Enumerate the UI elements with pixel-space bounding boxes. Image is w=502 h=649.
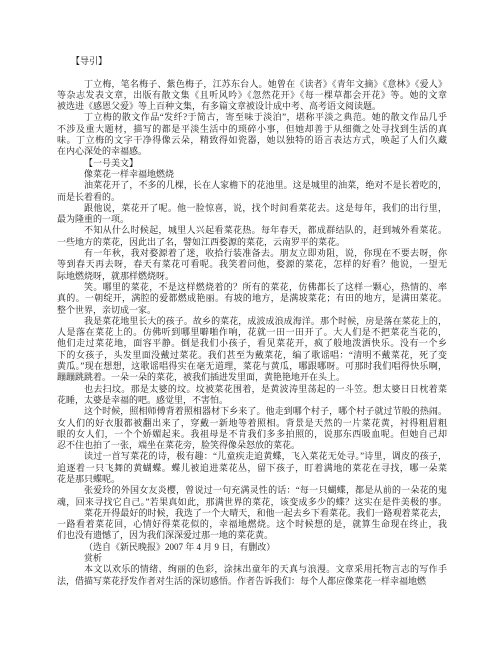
- text-line: 味。丁立梅的文字干净得像云朵，精致得如瓷器，她以独特的语言表达方式，唤起了人们久…: [57, 135, 447, 146]
- text-line: （选自《新民晚报》2007 年 4 月 9 日，有删改）: [57, 542, 447, 553]
- text-line: 等杂志发表文章，出版有散文集《且听风吟》《忽然花开》《每一棵草都会开花》等。她的…: [57, 90, 447, 101]
- text-line: 际地燃烧呀，就那样燃烧呀。: [57, 271, 447, 282]
- text-line: 蹦蹦跳跳着。一朵一朵的菜花，被我们插进发里面，黄艳艳地开在头上。: [57, 372, 447, 383]
- text-line: 油菜花开了，不多的几棵，长在人家檐下的花池里。这是城里的油菜，绝对不是长着吃的，: [57, 180, 447, 191]
- text-line: 丁立梅，笔名梅子、紫色梅子，江苏东台人。她曾在《读者》《青年文摘》《意林》《爱人…: [57, 79, 447, 90]
- text-line: 真的。一朝绽开，满腔的爱都燃成艳丽。有坡的地方，是满坡菜花；有田的地方，是满田菜…: [57, 293, 447, 304]
- text-line: 魂，回来寻找它自己。”若果真如此，那满世界的菜花，该变成多少的蝶？这实在是件美极…: [57, 497, 447, 508]
- text-line: 【导引】: [57, 56, 447, 67]
- text-line: 整个世界，亲切成一家。: [57, 305, 447, 316]
- text-line: 下的女孩子，头发里面没戴过菜花。我们甚至为戴菜花，编了歌谣唱：“清明不戴菜花，死…: [57, 350, 447, 361]
- text-line: 黄瓜。”现在想想，这歌谣唱得实在毫无道理，菜花与黄瓜，哪跟哪呀。可那时我们唱得快…: [57, 361, 447, 372]
- text-line: 他们走过菜花地，面容平静。倒是我们小孩子，看见菜花开，疯了般地泼洒快乐。没有一个…: [57, 338, 447, 349]
- text-line: 眼的女人们，一个个娇媚起来。我祖母是不肯我们多多拍照的，说那东西吸血呢。但她自己…: [57, 429, 447, 440]
- text-line: 这个时候，照相师傅背着照相器材下乡来了。他走到哪个村子，哪个村子就过节般的热闹。: [57, 406, 447, 417]
- text-line: 而是长着看的。: [57, 192, 447, 203]
- text-line: 有一年秋，我对婺源着了迷，收拾行装准备去。朋友立即劝阻，说，你现在不要去呀，你: [57, 248, 447, 259]
- text-line: 读过一首写菜花的诗，极有趣：“儿童疾走追黄蝶，飞入菜花无处寻。”诗里，调皮的孩子…: [57, 451, 447, 462]
- text-line: 在内心深处的幸福感。: [57, 146, 447, 157]
- text-line: 等到春天再去呀，春天有菜花可看呢。我笑着问他，婺源的菜花，怎样的好看？他说，一望…: [57, 259, 447, 270]
- text-line: 人是落在菜花上的。仿佛听到哪里噼啪作响，花就一田一田开了。大人们是不把菜花当花的…: [57, 327, 447, 338]
- text-line: 笑。哪里的菜花，不是这样燃烧着的？所有的菜花，仿佛都长了这样一颗心，热情的、率: [57, 282, 447, 293]
- text-line: 女人们的好衣服都被翻出来了，穿戴一新地等着照相。背景是天然的一片菜花黄，衬得粗眉…: [57, 418, 447, 429]
- text-line: 最为隆重的一项。: [57, 214, 447, 225]
- text-line: 本文以欢乐的情绪、绚丽的色彩，涂抹出童年的天真与浪漫。文章采用托物言志的写作手: [57, 564, 447, 575]
- text-line: 不涉及重大题材，描写的都是平淡生活中的琐碎小事，但她却善于从细微之处寻找到生活的…: [57, 124, 447, 135]
- text-line: 也去扫坟。那是太婆的坟。坟被菜花围着，是黄波涛里荡起的一斗笠。想太婆日日枕着菜: [57, 384, 447, 395]
- text-line: 像菜花一样幸福地燃烧: [57, 169, 447, 180]
- text-line: 们也没有遗憾了，因为我们深深爱过那一地的菜花黄。: [57, 530, 447, 541]
- text-line: 丁立梅的散文作品“发纤?于简古，寄至味于淡泊”，堪称平淡之典范。她的散文作品几乎: [57, 112, 447, 123]
- text-line: 【一号美文】: [57, 158, 447, 169]
- text-line: 赏析: [57, 553, 447, 564]
- article: 【导引】丁立梅，笔名梅子、紫色梅子，江苏东台人。她曾在《读者》《青年文摘》《意林…: [57, 56, 447, 587]
- text-line: 追逐着一只飞舞的黄蝴蝶。蝶儿被追进菜花丛，留下孩子，盯着满地的菜花在寻找，哪一朵…: [57, 463, 447, 474]
- text-line: 法，借描写菜花抒发作者对生活的深切感悟。作者告诉我们：每个人都应像菜花一样幸福地…: [57, 576, 447, 587]
- text-line: 花睡，太婆是幸福的吧。感觉里，不害怕。: [57, 395, 447, 406]
- blank-line: [57, 67, 447, 78]
- text-line: 一路看着菜花回，心情好得菜花似的，幸福地燃烧。这个时候想的是，就算生命现在终止，…: [57, 519, 447, 530]
- text-line: 我是菜花地里长大的孩子。故乡的菜花，成波成浪成海洋。那个时候，房是落在菜花上的，: [57, 316, 447, 327]
- text-line: 一些地方的菜花，因此出了名，譬如江西婺源的菜花，云南罗平的菜花。: [57, 237, 447, 248]
- text-line: 张爱玲的外国女友炎樱，曾说过一句充满灵性的话：“每一只蝴蝶，都是从前的一朵花的鬼: [57, 485, 447, 496]
- text-line: 花是那只蝶呢。: [57, 474, 447, 485]
- text-line: 忍不住也拍了一张，端坐在菜花旁，脸笑得像朵怒放的菜花。: [57, 440, 447, 451]
- text-line: 菜花开得最好的时候，我选了一个大晴天，和他一起去乡下看菜花。我们一路观着菜花去，: [57, 508, 447, 519]
- text-line: 被选进《感恩父爱》等上百种文集，有多篇文章被设计成中考、高考语文阅读题。: [57, 101, 447, 112]
- text-line: 跟他说，菜花开了呢。他一脸惊喜，说，找个时间看菜花去。这是每年，我们的出行里，: [57, 203, 447, 214]
- text-line: 不知从什么时候起，城里人兴起看菜花热。每年春天，都成群结队的，赶到城外看菜花。: [57, 225, 447, 236]
